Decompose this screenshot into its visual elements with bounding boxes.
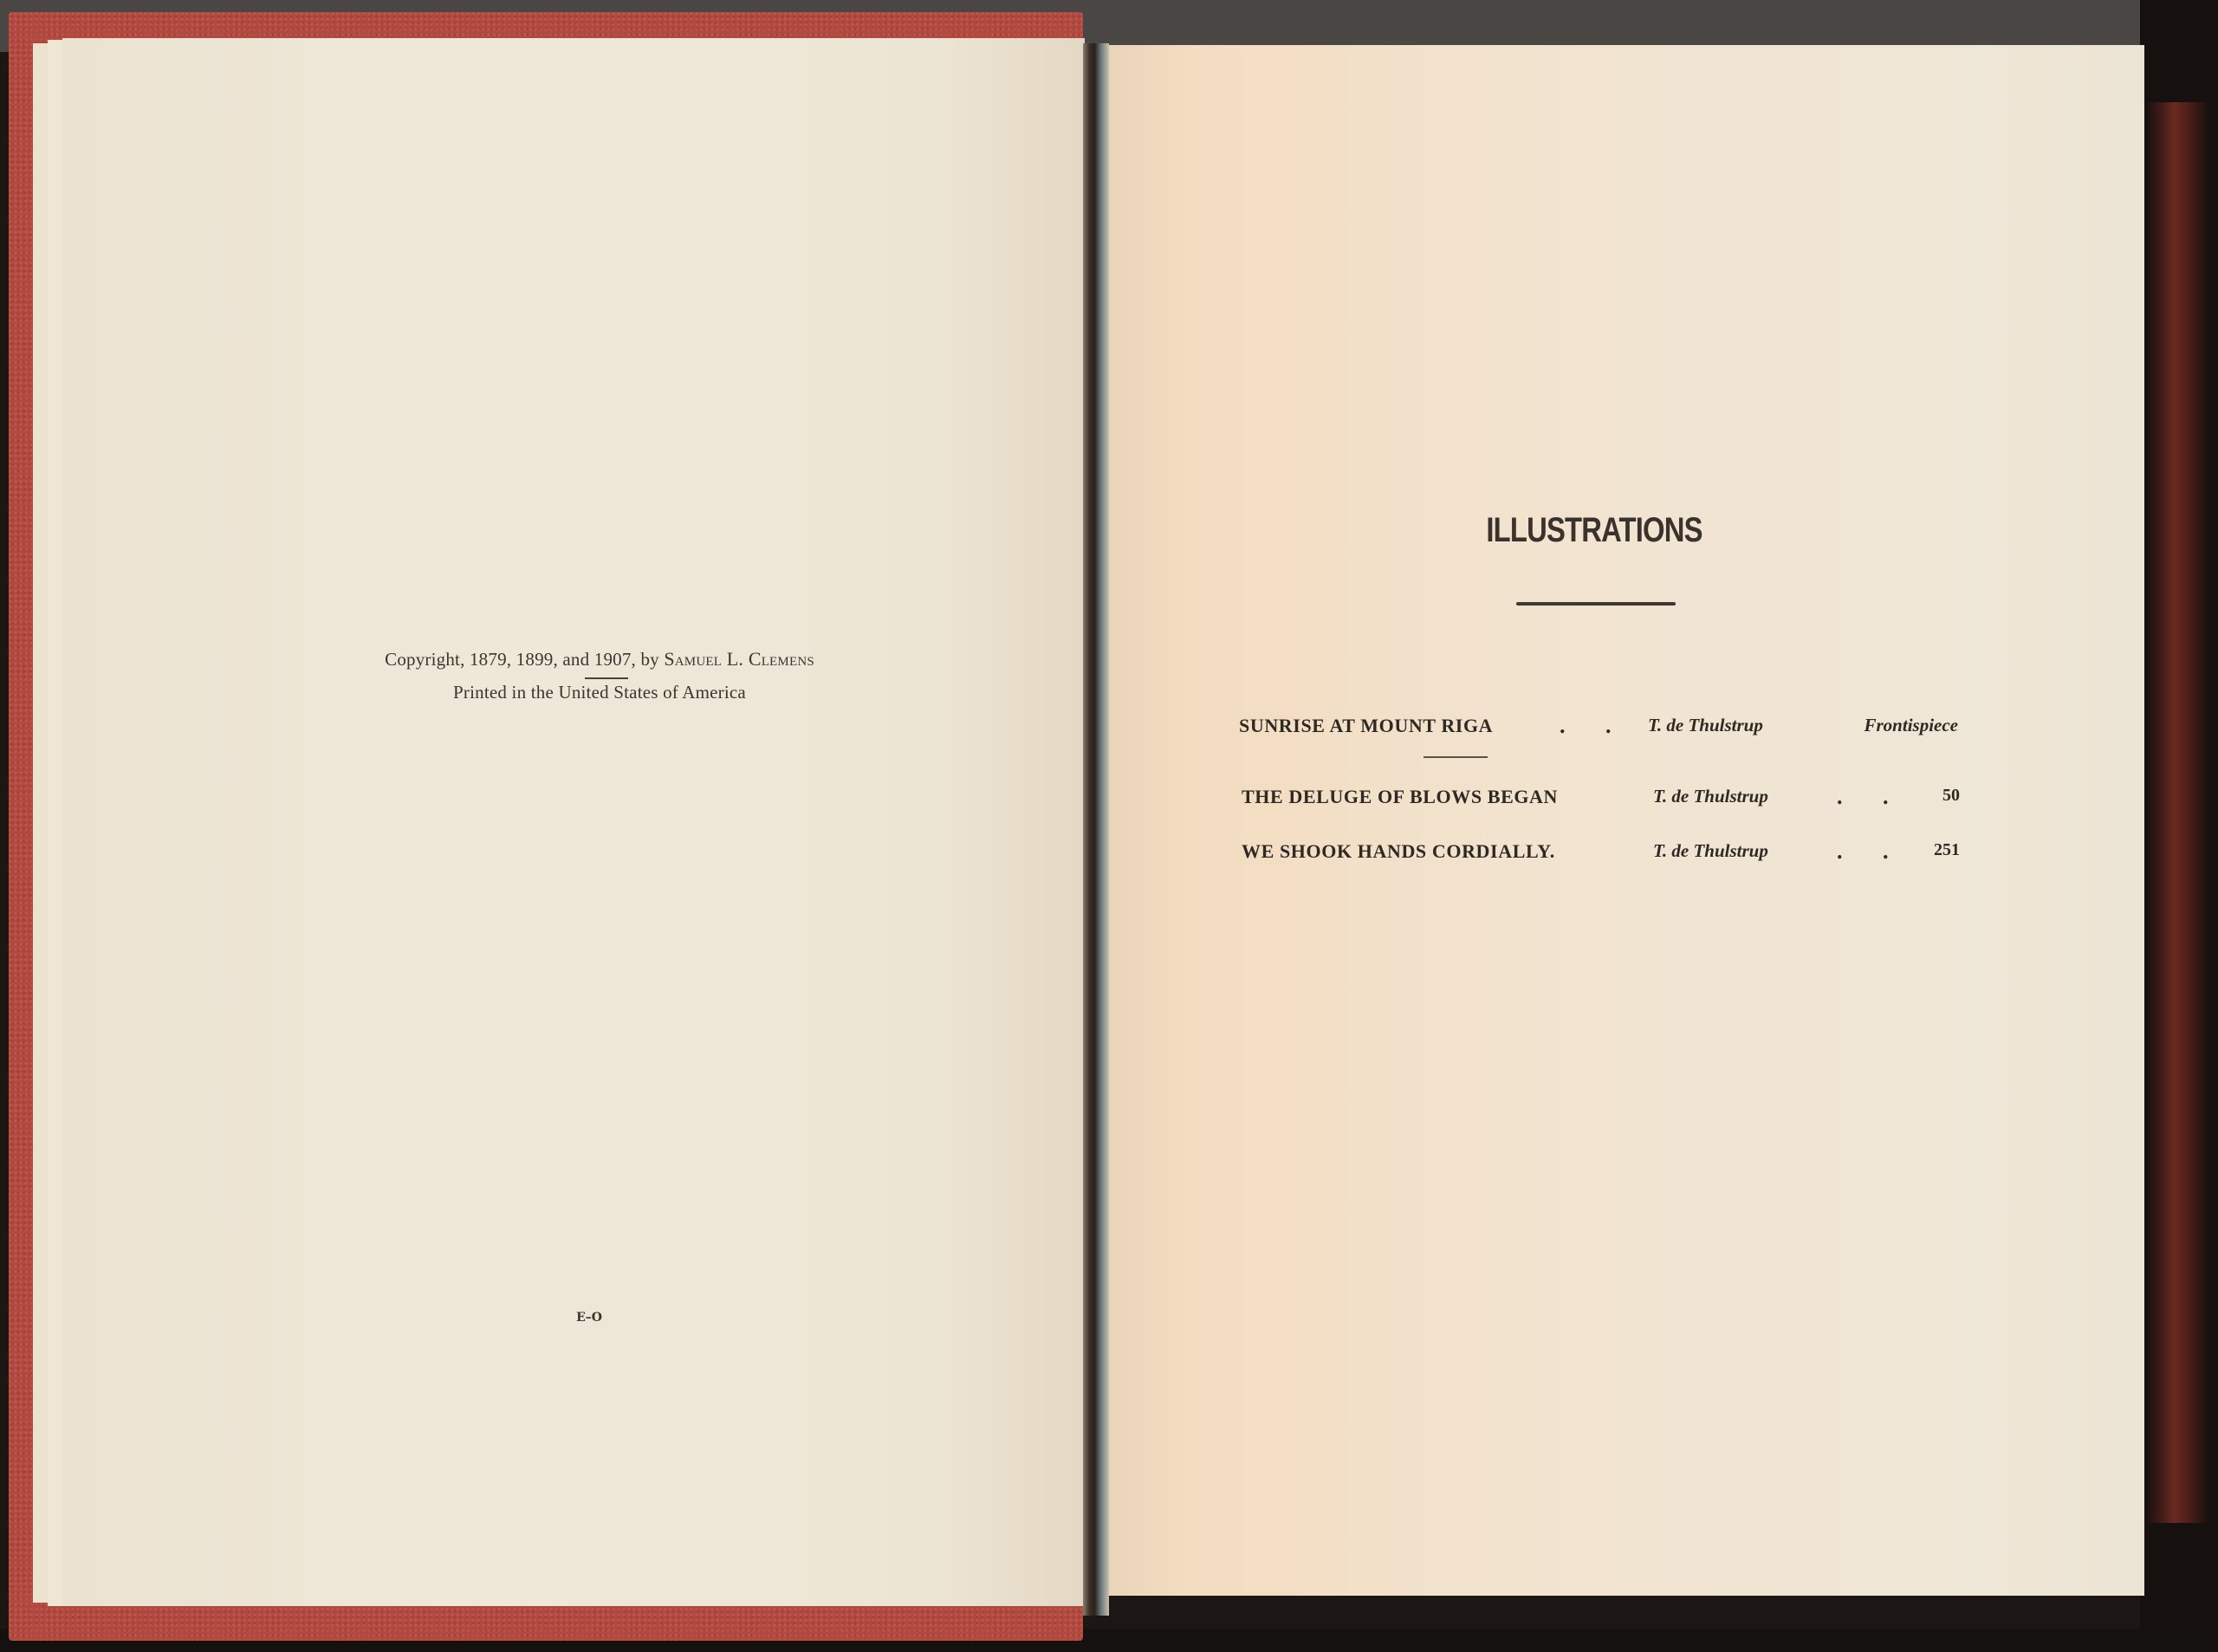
illustration-page: 251 (1934, 840, 1960, 860)
illustration-artist: T. de Thulstrup (1653, 786, 1768, 807)
illustration-caption: SUNRISE AT MOUNT RIGA (1239, 715, 1493, 737)
illustration-artist: T. de Thulstrup (1653, 840, 1768, 862)
leader-dots: . . (1560, 713, 1629, 739)
copyright-author: Samuel L. Clemens (664, 648, 814, 670)
copyright-line: Copyright, 1879, 1899, and 1907, by Samu… (227, 643, 972, 676)
illustration-artist: T. de Thulstrup (1648, 715, 1763, 736)
illustration-page: Frontispiece (1865, 715, 1959, 736)
right-page (1100, 45, 2144, 1596)
entry-divider (1424, 756, 1488, 758)
illustration-entry: THE DELUGE OF BLOWS BEGAN T. de Thulstru… (1239, 786, 1967, 820)
copyright-divider (585, 677, 628, 679)
illustration-entry: WE SHOOK HANDS CORDIALLY. T. de Thulstru… (1239, 840, 1967, 875)
leader-dots: . . (1837, 784, 1906, 810)
illustration-caption: WE SHOOK HANDS CORDIALLY. (1242, 840, 1555, 863)
left-page (62, 38, 1085, 1606)
right-cover-edge (2147, 102, 2208, 1523)
title-divider (1516, 602, 1676, 606)
copyright-notice: Copyright, 1879, 1899, and 1907, by Samu… (227, 643, 972, 709)
leader-dots: . . (1837, 839, 1906, 865)
illustration-caption: THE DELUGE OF BLOWS BEGAN (1242, 786, 1558, 808)
printer-mark: E–O (537, 1311, 641, 1325)
printed-in-line: Printed in the United States of America (227, 676, 972, 709)
copyright-prefix: Copyright, 1879, 1899, and 1907, by (385, 649, 664, 670)
illustration-page: 50 (1942, 786, 1960, 806)
book-gutter (1083, 43, 1109, 1616)
page-title: ILLUSTRATIONS (1452, 511, 1736, 550)
illustration-entry: SUNRISE AT MOUNT RIGA . . T. de Thulstru… (1239, 715, 1967, 749)
